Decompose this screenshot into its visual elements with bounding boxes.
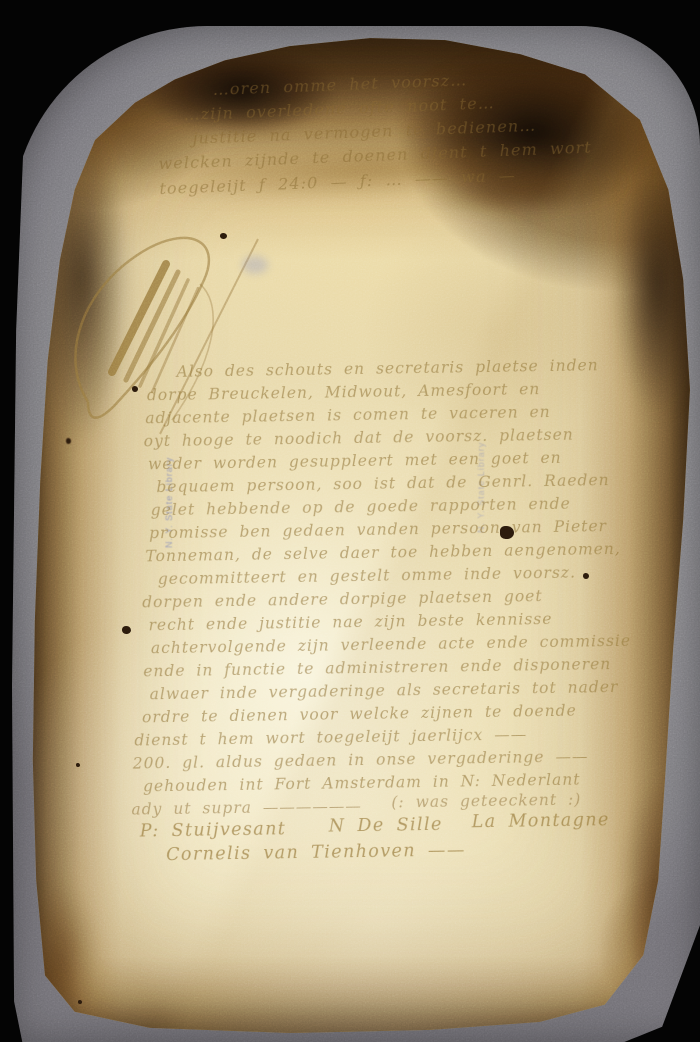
manuscript-line: promisse ben gedaen vanden persoon van P…: [149, 517, 607, 542]
manuscript-line: bequaem persoon, soo ist dat de Genrl. R…: [156, 471, 609, 496]
manuscript-line: alwaer inde vergaderinge als secretaris …: [150, 678, 619, 703]
manuscript-line: dorpen ende andere dorpige plaetsen goet: [142, 587, 543, 611]
manuscript-line: dienst t hem wort toegeleijt jaerlijcx —…: [134, 725, 527, 749]
manuscript-scan: N. Y. State Library N. Y. State Library …: [0, 0, 700, 1042]
manuscript-line: weder worden gesuppleert met een goet en: [148, 449, 562, 473]
manuscript-line: gecommitteert en gestelt omme inde voors…: [158, 564, 576, 589]
burned-parchment-page: N. Y. State Library N. Y. State Library …: [20, 28, 696, 1038]
manuscript-line: ende in functie te administreren ende di…: [143, 655, 611, 680]
manuscript-line: Tonneman, de selve daer toe hebben aenge…: [145, 540, 621, 565]
manuscript-line: gelet hebbende op de goede rapporten end…: [151, 495, 571, 520]
manuscript-line: ordre te dienen voor welcke zijnen te do…: [142, 702, 577, 727]
signature-stuyvesant: P: Stuijvesant: [140, 819, 287, 841]
signature-la-montagne: La Montagne: [472, 810, 610, 832]
manuscript-line: oyt hooge te noodich dat de voorsz. plae…: [144, 426, 574, 451]
main-text-block: Also des schouts en secretaris plaetse i…: [11, 23, 700, 1042]
closing-date-line: ady ut supra ——————: [131, 797, 362, 819]
manuscript-line: Also des schouts en secretaris plaetse i…: [176, 356, 598, 381]
signature-van-tienhoven: Cornelis van Tienhoven ——: [166, 840, 466, 865]
signature-de-sille: N De Sille: [329, 815, 443, 837]
manuscript-line: dorpe Breuckelen, Midwout, Amesfoort en: [147, 380, 541, 404]
manuscript-line: 200. gl. aldus gedaen in onse vergaderin…: [133, 747, 589, 772]
manuscript-line: recht ende justitie nae zijn beste kenni…: [148, 610, 552, 634]
manuscript-line: adjacente plaetsen is comen te vaceren e…: [145, 403, 551, 427]
closing-attest-note: (: was geteeckent :): [391, 791, 581, 812]
manuscript-line: achtervolgende zijn verleende acte ende …: [151, 632, 631, 658]
